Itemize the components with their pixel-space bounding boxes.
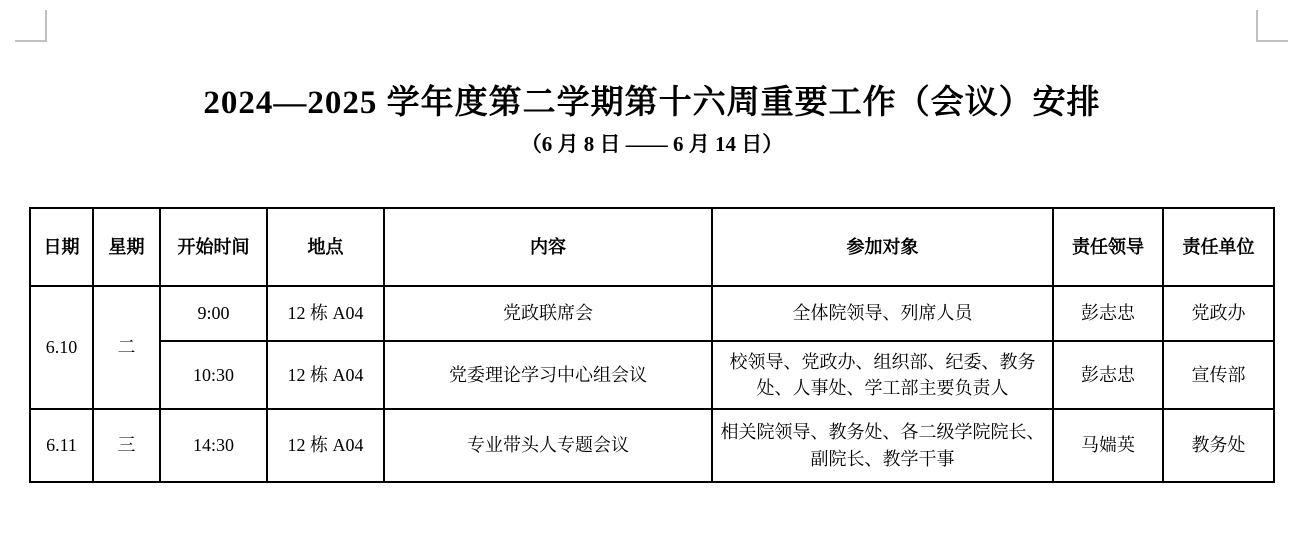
cell-content: 专业带头人专题会议 [384,409,712,482]
header-content: 内容 [384,208,712,286]
table-row: 10:30 12 栋 A04 党委理论学习中心组会议 校领导、党政办、组织部、纪… [30,341,1274,409]
table-row: 6.11 三 14:30 12 栋 A04 专业带头人专题会议 相关院领导、教务… [30,409,1274,482]
table-header-row: 日期 星期 开始时间 地点 内容 参加对象 责任领导 责任单位 [30,208,1274,286]
cell-participants: 校领导、党政办、组织部、纪委、教务处、人事处、学工部主要负责人 [712,341,1053,409]
document-subtitle: （6 月 8 日 —— 6 月 14 日） [0,128,1304,158]
document-title: 2024—2025 学年度第二学期第十六周重要工作（会议）安排 [0,76,1304,123]
cell-weekday: 二 [93,286,160,409]
cell-time: 14:30 [160,409,267,482]
header-participants: 参加对象 [712,208,1053,286]
cell-time: 10:30 [160,341,267,409]
page-margin-mark-top-left [15,10,47,42]
cell-time: 9:00 [160,286,267,341]
header-weekday: 星期 [93,208,160,286]
cell-content: 党委理论学习中心组会议 [384,341,712,409]
cell-leader: 彭志忠 [1053,341,1163,409]
cell-participants: 全体院领导、列席人员 [712,286,1053,341]
cell-date: 6.11 [30,409,93,482]
cell-unit: 宣传部 [1163,341,1274,409]
cell-unit: 党政办 [1163,286,1274,341]
cell-unit: 教务处 [1163,409,1274,482]
cell-place: 12 栋 A04 [267,286,384,341]
header-place: 地点 [267,208,384,286]
header-leader: 责任领导 [1053,208,1163,286]
cell-weekday: 三 [93,409,160,482]
cell-date: 6.10 [30,286,93,409]
schedule-table: 日期 星期 开始时间 地点 内容 参加对象 责任领导 责任单位 6.10 二 9… [29,207,1275,483]
table-row: 6.10 二 9:00 12 栋 A04 党政联席会 全体院领导、列席人员 彭志… [30,286,1274,341]
cell-leader: 马媏英 [1053,409,1163,482]
cell-content: 党政联席会 [384,286,712,341]
cell-place: 12 栋 A04 [267,409,384,482]
page-margin-mark-top-right [1256,10,1288,42]
cell-leader: 彭志忠 [1053,286,1163,341]
header-start-time: 开始时间 [160,208,267,286]
header-date: 日期 [30,208,93,286]
cell-participants: 相关院领导、教务处、各二级学院院长、副院长、教学干事 [712,409,1053,482]
header-unit: 责任单位 [1163,208,1274,286]
document-page: 2024—2025 学年度第二学期第十六周重要工作（会议）安排 （6 月 8 日… [0,0,1304,554]
cell-place: 12 栋 A04 [267,341,384,409]
